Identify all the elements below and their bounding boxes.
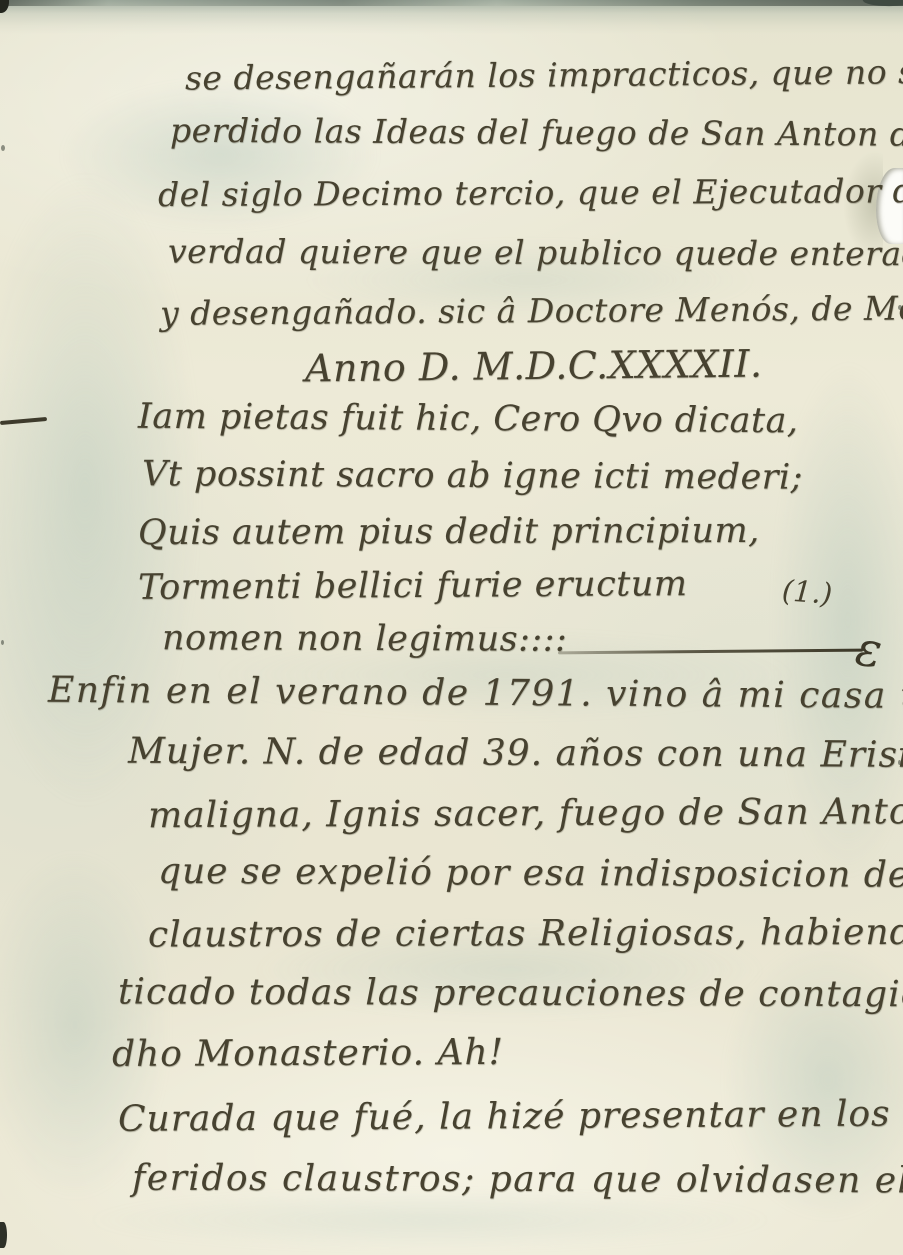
manuscript-line: feridos claustros; para que olvidasen el — [132, 1158, 903, 1202]
manuscript-line: y desengañado. sic â Doctore Menós, de M… — [160, 288, 903, 333]
manuscript-line-latin-verse: Tormenti bellici furie eructum — [138, 564, 688, 608]
footnote-marker: (1.) — [781, 573, 834, 610]
manuscript-line-latin-verse: Vt possint sacro ab igne icti mederi; — [142, 454, 803, 497]
manuscript-line: verdad quiere que el publico quede enter… — [168, 232, 903, 274]
manuscript-line-latin-verse: Quis autem pius dedit principium, — [138, 511, 760, 553]
rule-end-flourish: ε — [852, 620, 885, 679]
manuscript-line: dho Monasterio. Ah! — [112, 1032, 504, 1075]
margin-ink-dash — [0, 417, 47, 425]
manuscript-line: que se expelió por esa indisposicion de … — [158, 851, 903, 896]
paper-sheet: se desengañarán los impracticos, que no … — [0, 0, 903, 1255]
paper-top-edge — [0, 0, 903, 6]
manuscript-scan: { "document": { "kind": "handwritten man… — [0, 0, 903, 1255]
edge-speck — [1, 640, 4, 645]
manuscript-line: Curada que fué, la hizé presentar en los… — [118, 1093, 903, 1140]
manuscript-line-anno-date: Anno D. M.D.C.XXXXII. — [305, 342, 763, 391]
manuscript-line: se desengañarán los impracticos, que no … — [185, 51, 903, 97]
manuscript-line: perdido las Ideas del fuego de San Anton… — [170, 111, 903, 155]
bleed-through-smudge — [0, 850, 170, 1200]
manuscript-line: del siglo Decimo tercio, que el Ejecutad… — [158, 171, 903, 214]
manuscript-line-latin-verse: nomen non legimus:::: — [162, 618, 567, 659]
separator-rule — [558, 649, 863, 655]
manuscript-line: Mujer. N. de edad 39. años con una Erisi… — [128, 731, 903, 777]
manuscript-line: maligna, Ignis sacer, fuego de San Anton… — [148, 791, 903, 836]
manuscript-line: Enfin en el verano de 1791. vino â mi ca… — [48, 670, 903, 717]
manuscript-line: ticado todas las precauciones de contagi… — [118, 971, 903, 1015]
scan-edge-mark — [0, 1222, 7, 1248]
manuscript-line-latin-verse: Iam pietas fuit hic, Cero Qvo dicata, — [138, 397, 799, 442]
manuscript-line: claustros de ciertas Religiosas, habiend… — [148, 911, 903, 955]
edge-speck — [1, 145, 5, 151]
